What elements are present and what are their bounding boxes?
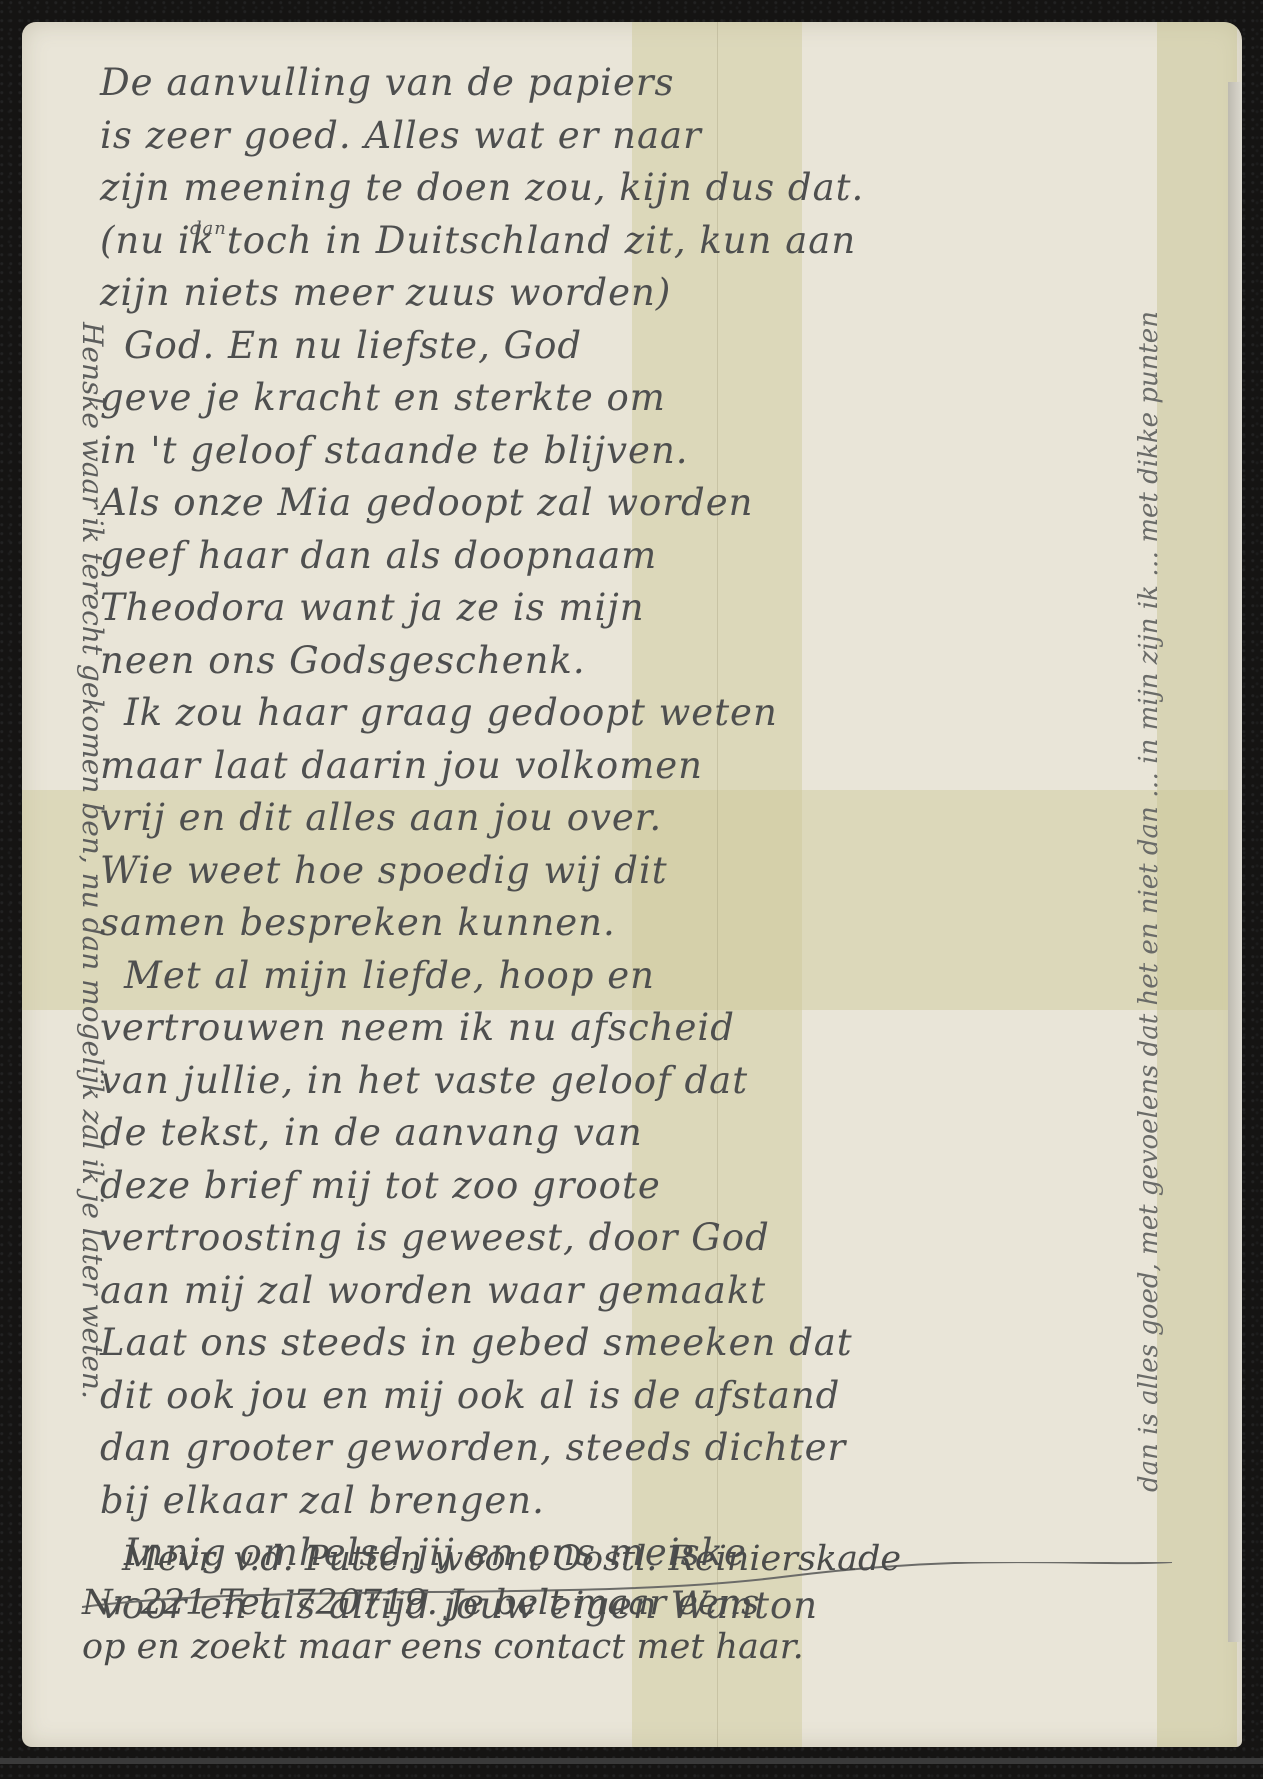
letter-line: vertroosting is geweest, door God [100,1212,1170,1265]
letter-line: Laat ons steeds in gebed smeeken dat [100,1317,1170,1370]
letter-body: De aanvulling van de papiers is zeer goe… [100,57,1170,1632]
letter-line: Met al mijn liefde, hoop en [100,950,1170,1003]
letter-line: neen ons Godsgeschenk. [100,635,1170,688]
letter-line: in 't geloof staande te blijven. [100,425,1170,478]
letter-line: samen bespreken kunnen. [100,897,1170,950]
letter-line: Theodora want ja ze is mijn [100,582,1170,635]
letter-line: De aanvulling van de papiers [100,57,1170,110]
letter-line: aan mij zal worden waar gemaakt [100,1265,1170,1318]
letter-line: zijn meening te doen zou, kijn dus dat. [100,162,1170,215]
letter-line: deze brief mij tot zoo groote [100,1160,1170,1213]
footer-line: Mevr. v.d. Putten woont Oostl. Reiniersk… [82,1537,1232,1581]
letter-line: dan (nu ik toch in Duitschland zit, kun … [100,215,1170,268]
letter-line: bij elkaar zal brengen. [100,1475,1170,1528]
letter-line: de tekst, in de aanvang van [100,1107,1170,1160]
inserted-word: dan [190,203,227,256]
letter-line: God. En nu liefste, God [100,320,1170,373]
paper-edge-strip [1228,82,1242,1642]
footer-note: Mevr. v.d. Putten woont Oostl. Reiniersk… [82,1537,1232,1669]
footer-line: op en zoekt maar eens contact met haar. [82,1625,1232,1669]
letter-line: maar laat daarin jou volkomen [100,740,1170,793]
letter-line: van jullie, in het vaste geloof dat [100,1055,1170,1108]
letter-line: geef haar dan als doopnaam [100,530,1170,583]
letter-line: vertrouwen neem ik nu afscheid [100,1002,1170,1055]
letter-line: Als onze Mia gedoopt zal worden [100,477,1170,530]
letter-page: Henske waar ik terecht gekomen ben, nu d… [22,22,1242,1747]
letter-line: is zeer goed. Alles wat er naar [100,110,1170,163]
letter-line: Wie weet hoe spoedig wij dit [100,845,1170,898]
letter-line: dit ook jou en mij ook al is de afstand [100,1370,1170,1423]
scanner-bar [0,1758,1263,1764]
letter-line: dan grooter geworden, steeds dichter [100,1422,1170,1475]
letter-line: vrij en dit alles aan jou over. [100,792,1170,845]
letter-line: zijn niets meer zuus worden) [100,267,1170,320]
letter-line: Ik zou haar graag gedoopt weten [100,687,1170,740]
footer-line: Nr 221 Tel. 720719. Je belt maar eens [82,1581,1232,1625]
letter-line: geve je kracht en sterkte om [100,372,1170,425]
